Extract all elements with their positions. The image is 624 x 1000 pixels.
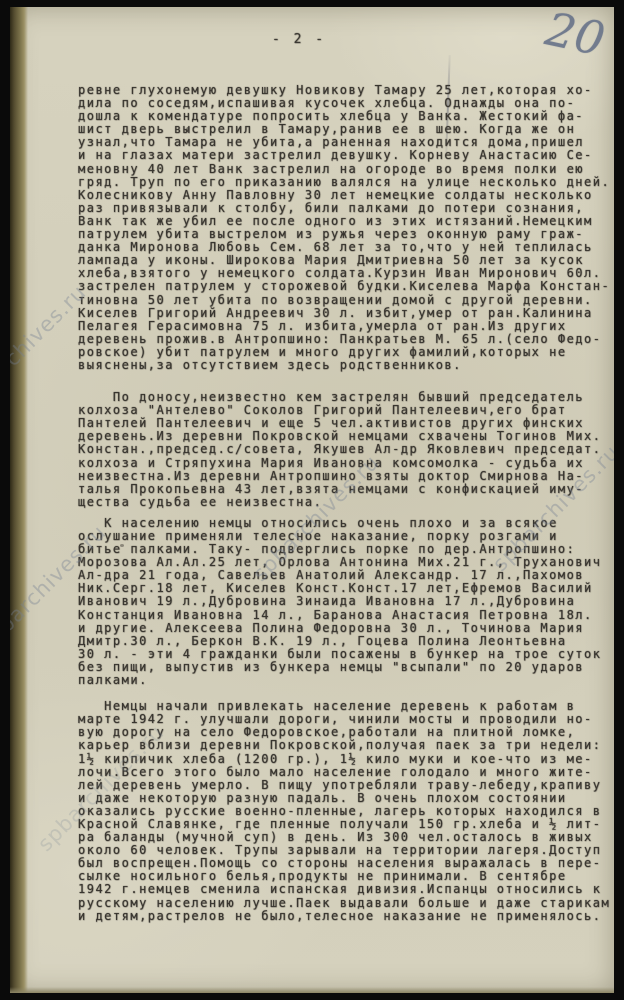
typed-paragraph: ревне глухонемую девушку Новикову Тамару… (78, 84, 614, 372)
typed-paragraph: Немцы начали привлекать население дереве… (78, 700, 614, 923)
typed-paragraph: По доносу,неизвестно кем застрелян бывши… (78, 391, 614, 509)
page-edge-shadow (10, 7, 28, 993)
page-number: - 2 - (272, 33, 326, 46)
document-text: ревне глухонемую девушку Новикову Тамару… (78, 84, 614, 923)
scanned-document: - 2 - 20 ревне глухонемую девушку Новико… (0, 0, 624, 1000)
handwritten-page-number: 20 (541, 7, 609, 66)
page-bottom-shadow (10, 987, 614, 993)
typed-paragraph: К населению немцы относились очень плохо… (78, 517, 614, 687)
document-page: - 2 - 20 ревне глухонемую девушку Новико… (10, 7, 614, 993)
